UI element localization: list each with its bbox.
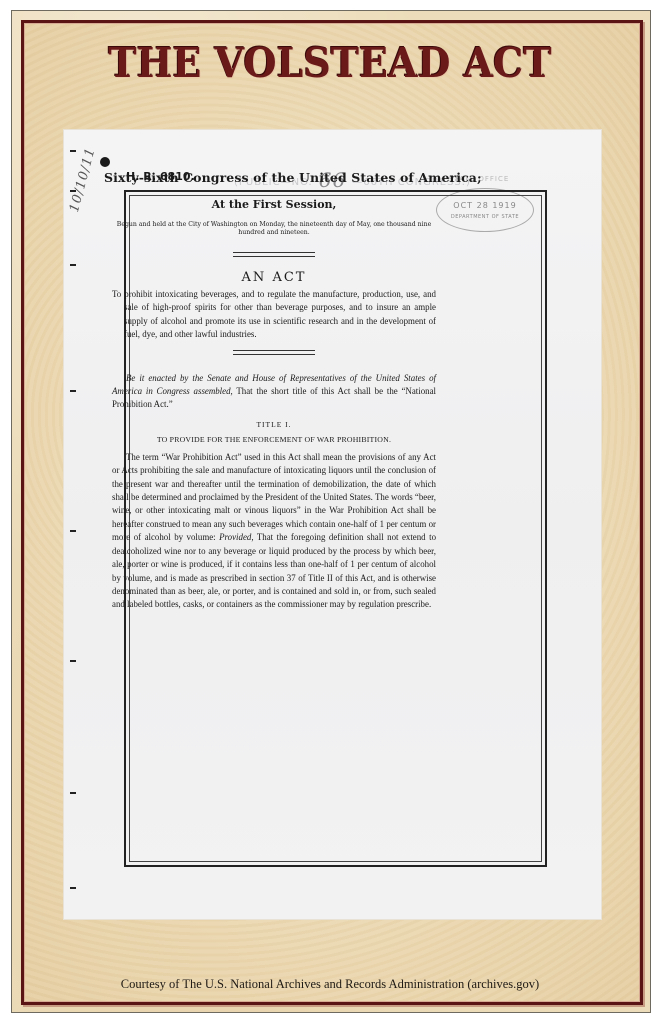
act-purpose: To prohibit intoxicating beverages, and … bbox=[112, 288, 436, 342]
courtesy-credit: Courtesy of The U.S. National Archives a… bbox=[0, 977, 660, 992]
handwritten-margin-note: 10/10/11 bbox=[67, 146, 99, 214]
section-text: The term “War Prohibition Act” used in t… bbox=[112, 451, 436, 612]
enacting-clause: Be it enacted by the Senate and House of… bbox=[112, 372, 436, 412]
title-number: TITLE I. bbox=[112, 420, 436, 429]
section-part-2: That the foregoing definition shall not … bbox=[112, 532, 436, 609]
congress-heading: Sixty-sixth Congress of the United State… bbox=[104, 170, 444, 185]
document-body: Sixty-sixth Congress of the United State… bbox=[112, 170, 436, 612]
divider-rule bbox=[233, 350, 315, 355]
session-heading: At the First Session, bbox=[112, 198, 436, 211]
divider-rule bbox=[233, 252, 315, 257]
section-provided: Provided, bbox=[219, 532, 253, 542]
begun-line: Begun and held at the City of Washington… bbox=[112, 221, 436, 237]
punch-hole bbox=[100, 157, 110, 167]
title-heading: TO PROVIDE FOR THE ENFORCEMENT OF WAR PR… bbox=[112, 435, 436, 444]
section-part-1: The term “War Prohibition Act” used in t… bbox=[112, 452, 436, 542]
act-heading: AN ACT bbox=[112, 270, 436, 285]
poster-title: THE VOLSTEAD ACT bbox=[0, 38, 660, 87]
